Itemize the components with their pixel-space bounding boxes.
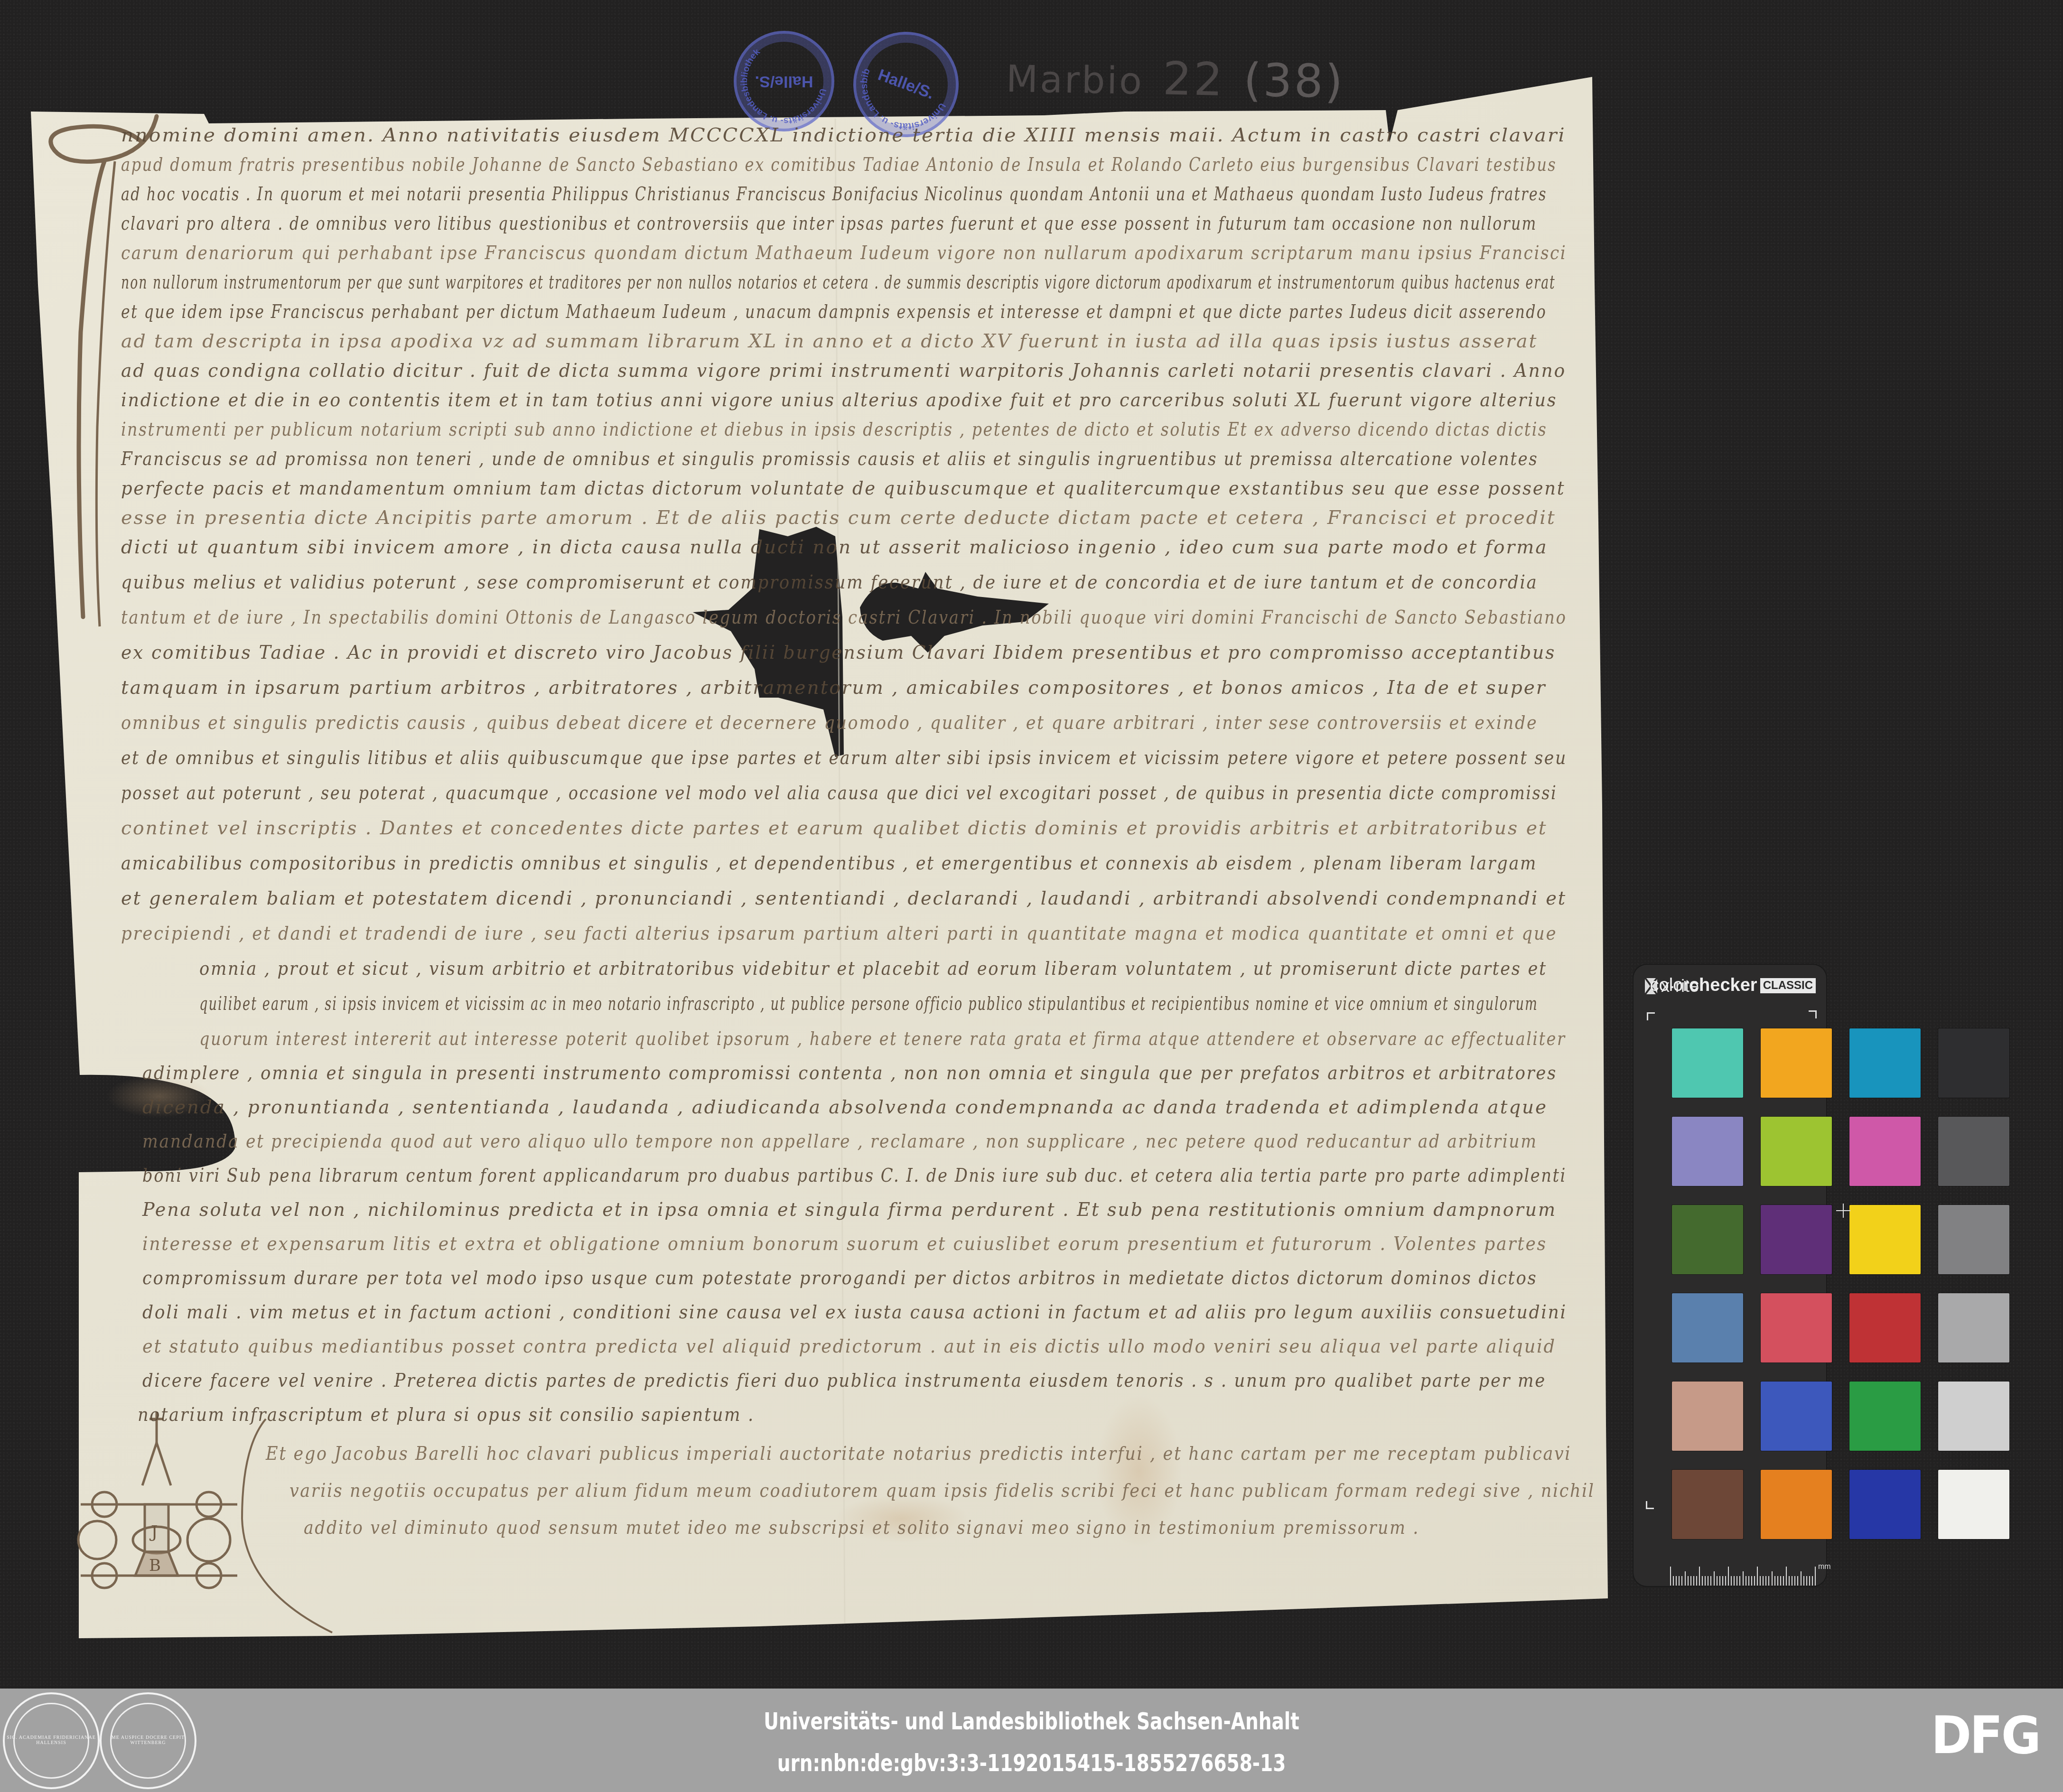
manuscript-line: et de omnibus et singulis litibus et ali…	[121, 747, 1567, 769]
ruler-tick	[1699, 1567, 1700, 1586]
manuscript-line: non nullorum instrumentorum per que sunt…	[121, 271, 1556, 293]
ruler-tick	[1746, 1576, 1746, 1586]
crosshair-icon	[1836, 1204, 1850, 1218]
ruler-tick	[1688, 1576, 1689, 1586]
ruler-tick	[1751, 1576, 1752, 1586]
manuscript-line: ad tam descripta in ipsa apodixa vz ad s…	[121, 330, 1538, 352]
ruler-tick	[1696, 1576, 1697, 1586]
manuscript-line: et statuto quibus mediantibus posset con…	[142, 1335, 1556, 1357]
ruler-tick	[1786, 1567, 1787, 1586]
ruler-tick	[1815, 1567, 1816, 1586]
manuscript-line: dicere facere vel venire . Preterea dict…	[142, 1370, 1546, 1391]
color-patch	[1761, 1205, 1832, 1274]
ruler-tick	[1690, 1576, 1691, 1586]
ruler-tick	[1812, 1576, 1813, 1586]
ruler-tick	[1670, 1567, 1671, 1586]
ruler-tick	[1801, 1571, 1802, 1586]
classic-badge: CLASSIC	[1760, 978, 1816, 993]
color-patch	[1849, 1470, 1921, 1539]
color-patch	[1672, 1117, 1743, 1186]
ruler-tick	[1679, 1576, 1680, 1586]
manuscript-line: esse in presentia dicte Ancipitis parte …	[121, 507, 1556, 529]
manuscript-line: amicabilibus compositoribus in predictis…	[121, 852, 1537, 874]
color-patch	[1849, 1381, 1921, 1451]
manuscript-line: Pena soluta vel non , nichilominus predi…	[142, 1199, 1557, 1221]
color-patch	[1672, 1470, 1743, 1539]
manuscript-line: doli mali . vim metus et in factum actio…	[142, 1301, 1567, 1323]
color-patch	[1938, 1028, 2009, 1098]
color-patch	[1849, 1117, 1921, 1186]
dfg-logo: DFG	[1931, 1715, 2039, 1757]
manuscript-line: et que idem ipse Franciscus perhabant pe…	[121, 301, 1547, 323]
library-footer: SIG. ACADEMIAE FRIDERICIANAE HALLENSIS M…	[0, 1689, 2063, 1792]
color-patch	[1938, 1381, 2009, 1451]
urn-identifier: urn:nbn:de:gbv:3:3-1192015415-1855276658…	[227, 1749, 1836, 1777]
ruler-tick	[1719, 1576, 1720, 1586]
manuscript-line: posset aut poterunt , seu poterat , quac…	[121, 782, 1557, 804]
ruler-tick	[1765, 1576, 1766, 1586]
manuscript-line: ad quas condigna collatio dicitur . fuit…	[121, 360, 1566, 382]
ruler-tick	[1693, 1576, 1694, 1586]
manuscript-line: Franciscus se ad promissa non teneri , u…	[121, 448, 1538, 470]
color-patch	[1849, 1028, 1921, 1098]
ruler-tick	[1708, 1576, 1708, 1586]
ruler-tick	[1757, 1567, 1758, 1586]
color-patch	[1672, 1381, 1743, 1451]
stamp-city: Halle/S.	[737, 72, 831, 91]
manuscript-line: quibus melius et validius poterunt , ses…	[121, 571, 1538, 593]
manuscript-line: nnomine domini amen. Anno nativitatis ei…	[121, 124, 1566, 146]
manuscript-line: quorum interest intererit aut interesse …	[199, 1028, 1566, 1050]
ruler-tick	[1777, 1576, 1778, 1586]
ruler-tick	[1705, 1576, 1706, 1586]
subscription-line: variis negotiis occupatus per alium fidu…	[289, 1480, 1595, 1502]
ruler-tick	[1685, 1571, 1686, 1586]
mm-ruler: mm	[1670, 1567, 1817, 1586]
ruler-tick	[1743, 1571, 1744, 1586]
color-patch	[1849, 1205, 1921, 1274]
ruler-tick	[1768, 1576, 1769, 1586]
ruler-tick	[1794, 1576, 1795, 1586]
shelfmark-number: 22	[1162, 52, 1225, 106]
ruler-tick	[1780, 1576, 1781, 1586]
ruler-tick	[1739, 1576, 1740, 1586]
ruler-tick	[1728, 1567, 1729, 1586]
manuscript-line: ad hoc vocatis . In quorum et mei notari…	[121, 183, 1547, 205]
manuscript-line: instrumenti per publicum notarium script…	[121, 419, 1547, 440]
shelfmark-old-number: (38)	[1243, 54, 1345, 109]
color-patch	[1938, 1205, 2009, 1274]
ruler-tick	[1772, 1571, 1773, 1586]
ruler-tick	[1774, 1576, 1775, 1586]
manuscript-line: mandanda et precipienda quod aut vero al…	[142, 1130, 1538, 1152]
shelfmark-word: Marbio	[1006, 58, 1144, 103]
ruler-tick	[1754, 1576, 1755, 1586]
ruler-tick	[1734, 1576, 1735, 1586]
ruler-tick	[1803, 1576, 1804, 1586]
color-patch	[1672, 1205, 1743, 1274]
ruler-tick	[1717, 1576, 1718, 1586]
library-stamp: Universitäts- u. Landesbibliothek Halle/…	[734, 31, 834, 131]
manuscript-line: compromissum durare per tota vel modo ip…	[142, 1267, 1537, 1289]
color-patch	[1938, 1117, 2009, 1186]
manuscript-line: continet vel inscriptis . Dantes et conc…	[121, 817, 1548, 839]
registration-corner	[1646, 1501, 1654, 1509]
ruler-tick	[1710, 1576, 1711, 1586]
manuscript-line: indictione et die in eo contentis item e…	[121, 389, 1557, 411]
registration-corner	[1809, 1010, 1817, 1018]
manuscript-line: tamquam in ipsarum partium arbitros , ar…	[121, 677, 1546, 699]
ruler-tick	[1806, 1576, 1807, 1586]
color-patch	[1761, 1028, 1832, 1098]
color-patch	[1761, 1293, 1832, 1363]
ruler-tick	[1722, 1576, 1723, 1586]
institution-name: Universitäts- und Landesbibliothek Sachs…	[227, 1708, 1836, 1735]
color-patch	[1938, 1293, 2009, 1363]
manuscript-line: perfecte pacis et mandamentum omnium tam…	[121, 477, 1565, 499]
ruler-tick	[1731, 1576, 1732, 1586]
ruler-tick	[1789, 1576, 1790, 1586]
color-patch	[1849, 1293, 1921, 1363]
manuscript-line: precipiendi , et dandi et tradendi de iu…	[121, 923, 1557, 944]
manuscript-line: dicenda , pronuntianda , sententianda , …	[142, 1096, 1548, 1118]
manuscript-line: clavari pro altera . de omnibus vero lit…	[121, 213, 1537, 234]
ruler-tick	[1797, 1576, 1798, 1586]
shelfmark-annotation: Marbio22(38)	[1006, 49, 1345, 108]
manuscript-line: notarium infrascriptum et plura si opus …	[138, 1404, 755, 1426]
manuscript-line: boni viri Sub pena librarum centum foren…	[142, 1165, 1567, 1186]
manuscript-line: adimplere , omnia et singula in presenti…	[142, 1062, 1557, 1084]
manuscript-line: omnia , prout et sicut , visum arbitrio …	[199, 958, 1547, 980]
subscription-line: addito vel diminuto quod sensum mutet id…	[304, 1517, 1419, 1539]
svg-text:B: B	[149, 1556, 161, 1575]
color-patch	[1761, 1470, 1832, 1539]
manuscript-line: interesse et expensarum litis et extra e…	[142, 1233, 1547, 1255]
colorchecker-title: colorcheckerCLASSIC	[1650, 975, 1816, 996]
ruler-tick	[1673, 1576, 1674, 1586]
ruler-tick	[1702, 1576, 1703, 1586]
ruler-tick	[1714, 1571, 1715, 1586]
university-seal-halle: SIG. ACADEMIAE FRIDERICIANAE HALLENSIS	[3, 1692, 100, 1789]
ruler-tick	[1736, 1576, 1737, 1586]
ruler-tick	[1748, 1576, 1749, 1586]
manuscript-line: tantum et de iure , In spectabilis domin…	[121, 607, 1567, 628]
color-patch	[1761, 1117, 1832, 1186]
subscription-line: Et ego Jacobus Barelli hoc clavari publi…	[266, 1443, 1571, 1465]
color-patch	[1761, 1381, 1832, 1451]
ruler-tick	[1681, 1576, 1682, 1586]
ruler-tick	[1725, 1576, 1726, 1586]
manuscript-line: apud domum fratris presentibus nobile Jo…	[121, 154, 1557, 176]
ruler-tick	[1676, 1576, 1677, 1586]
manuscript-line: quilibet earum , si ipsis invicem et vic…	[199, 993, 1538, 1015]
color-patch	[1672, 1028, 1743, 1098]
ruler-tick	[1760, 1576, 1761, 1586]
ruler-tick	[1783, 1576, 1784, 1586]
manuscript-line: carum denariorum qui perhabant ipse Fran…	[121, 242, 1567, 264]
color-patch	[1938, 1470, 2009, 1539]
ruler-tick	[1792, 1576, 1792, 1586]
manuscript-line: omnibus et singulis predictis causis , q…	[121, 712, 1538, 734]
registration-corner	[1647, 1012, 1655, 1020]
manuscript-line: ex comitibus Tadiae . Ac in providi et d…	[121, 642, 1556, 663]
manuscript-line: et generalem baliam et potestatem dicend…	[121, 887, 1567, 909]
color-patch	[1672, 1293, 1743, 1363]
color-checker-card: x·rite colorcheckerCLASSIC mm	[1634, 965, 1826, 1586]
university-seal-wittenberg: ME AUSPICE DOCERE CEPIT WITTENBERG	[100, 1692, 196, 1789]
ruler-tick	[1763, 1576, 1764, 1586]
ruler-tick	[1809, 1576, 1810, 1586]
manuscript-line: dicti ut quantum sibi invicem amore , in…	[121, 536, 1548, 558]
